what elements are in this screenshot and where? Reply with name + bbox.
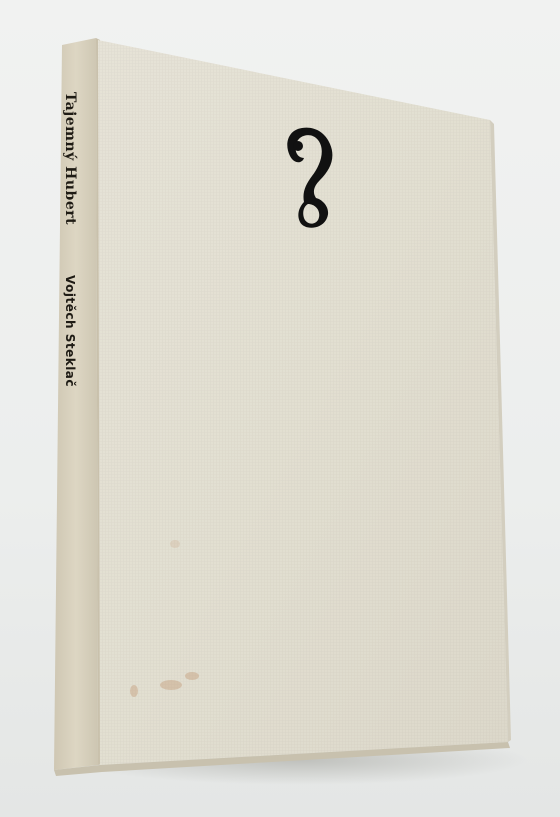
book <box>0 0 560 817</box>
stain <box>185 672 199 680</box>
stain <box>130 685 138 697</box>
spine-author: Vojtěch Steklač <box>63 275 77 387</box>
stain <box>170 540 180 548</box>
spine-title: Tajemný Hubert <box>62 92 78 225</box>
stain <box>160 680 182 690</box>
question-mark-icon <box>282 122 338 232</box>
